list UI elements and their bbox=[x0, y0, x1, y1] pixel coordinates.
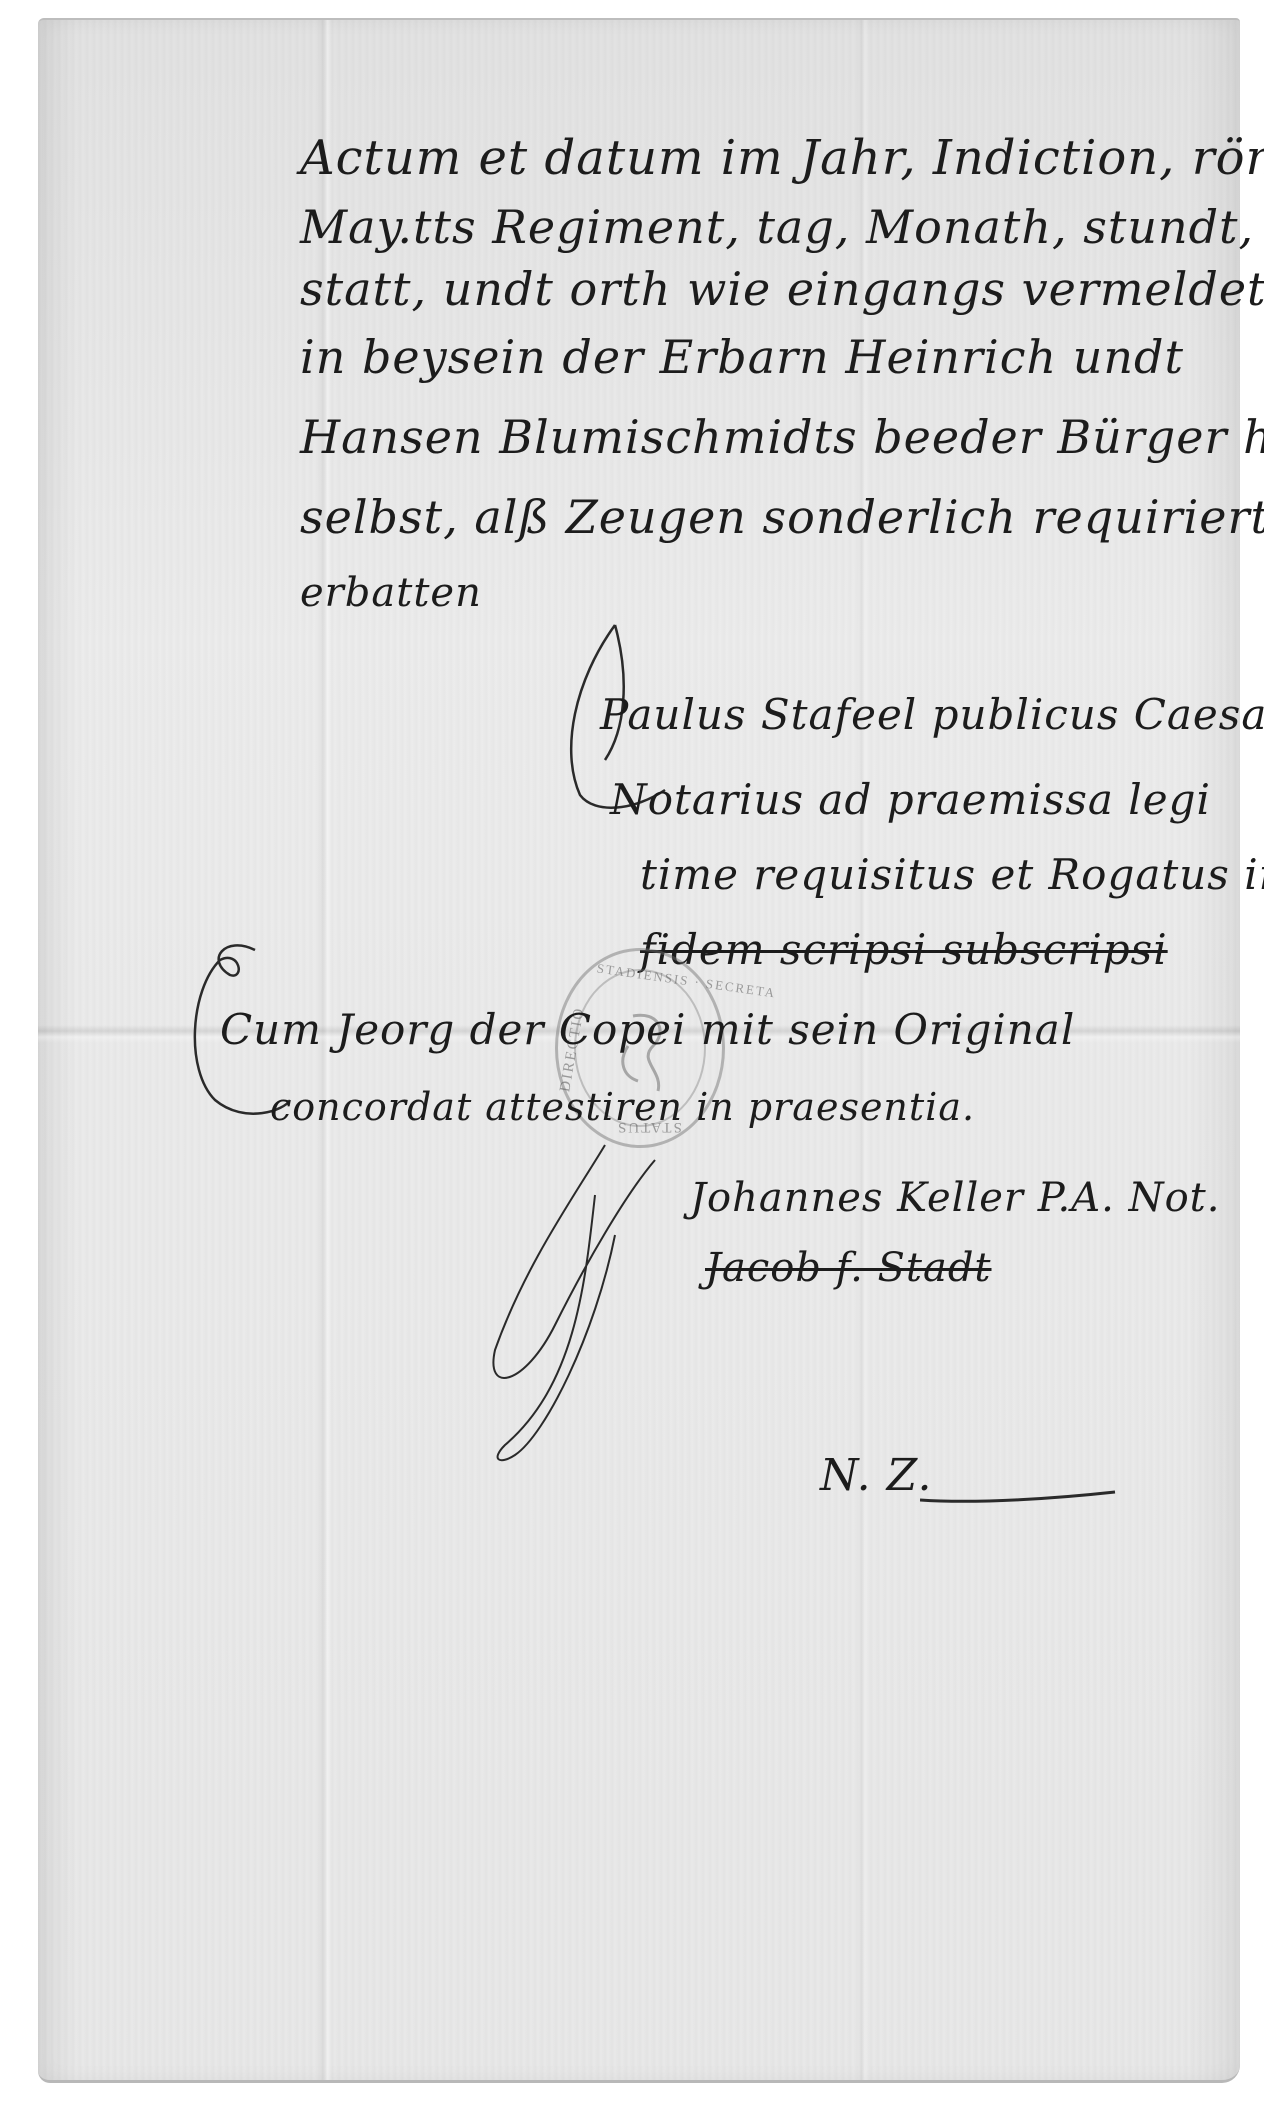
text-line: in beysein der Erbarn Heinrich undt bbox=[300, 330, 1184, 384]
text-line: selbst, alß Zeugen sonderlich requiriert… bbox=[300, 490, 1264, 544]
text-line: concordat attestiren in praesentia. bbox=[270, 1085, 975, 1129]
text-line: Actum et datum im Jahr, Indiction, röm. bbox=[300, 130, 1264, 186]
text-line: fidem scripsi subscripsi bbox=[640, 925, 1168, 974]
text-line: Notarius ad praemissa legi bbox=[610, 775, 1211, 824]
text-line: time requisitus et Rogatus in bbox=[640, 850, 1264, 899]
text-line: Johannes Keller P.A. Not. bbox=[690, 1175, 1220, 1221]
text-line: Cum Jeorg der Copei mit sein Original bbox=[220, 1005, 1075, 1054]
initials-mark: N. Z. bbox=[820, 1450, 932, 1501]
underline-flourish-icon bbox=[920, 1488, 1120, 1508]
text-line: Jacob f. Stadt bbox=[705, 1245, 992, 1291]
text-line: Hansen Blumischmidts beeder Bürger hie, bbox=[300, 410, 1264, 464]
text-line: statt, undt orth wie eingangs vermeldet, bbox=[300, 262, 1264, 316]
text-line: erbatten bbox=[300, 570, 482, 616]
text-line: Paulus Stafeel publicus Caesareus bbox=[600, 690, 1264, 739]
text-line: May.tts Regiment, tag, Monath, stundt, bbox=[300, 200, 1254, 254]
